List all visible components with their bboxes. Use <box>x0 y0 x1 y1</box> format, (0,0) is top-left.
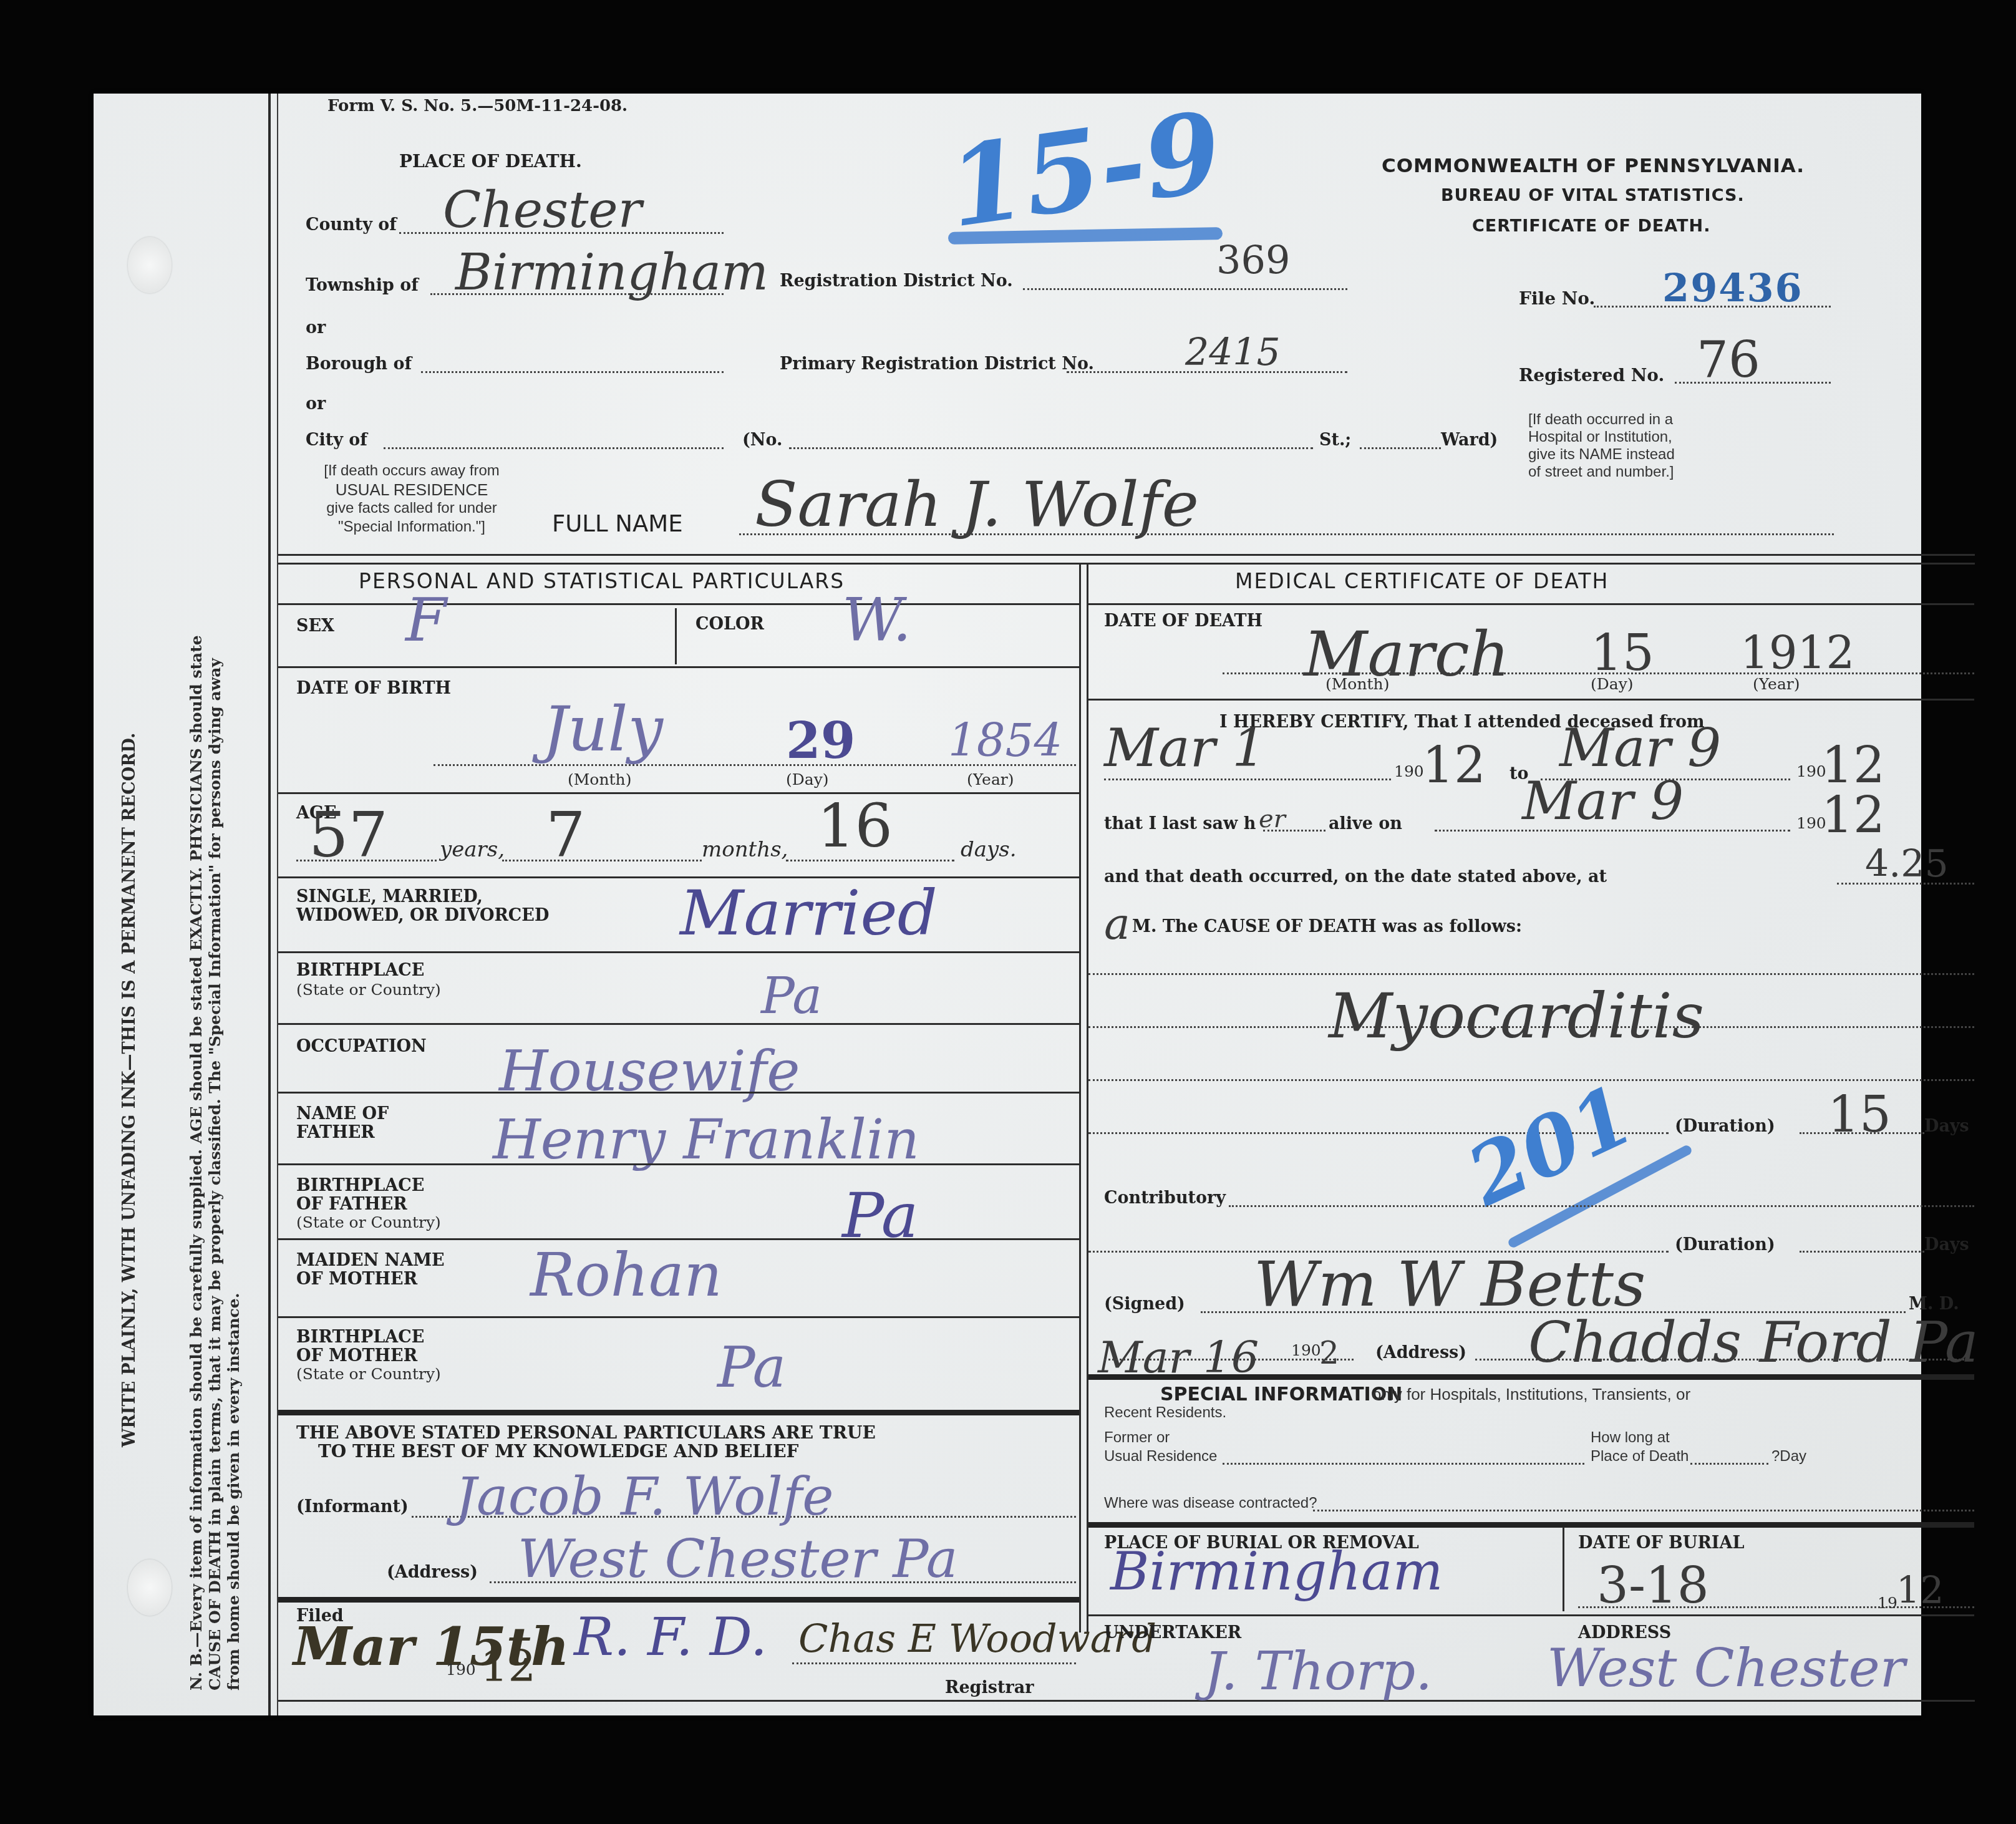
primary-registration-label: Primary Registration District No. <box>780 354 1094 374</box>
registration-district-line <box>1023 288 1347 290</box>
marital-label-1: SINGLE, MARRIED, <box>296 887 483 906</box>
section-divider <box>1088 1374 1974 1380</box>
attended-from-year[interactable]: 12 <box>1422 736 1486 794</box>
former-residence-line <box>1223 1463 1584 1465</box>
father-birthplace-label-2: OF FATHER <box>296 1195 407 1214</box>
am-pm-value[interactable]: a <box>1104 898 1130 949</box>
contributory-line <box>1229 1205 1974 1207</box>
dob-month-value[interactable]: July <box>543 692 663 765</box>
signed-label: (Signed) <box>1104 1294 1185 1314</box>
last-saw-label: that I last saw h <box>1104 814 1256 833</box>
section-divider <box>278 563 1975 565</box>
attended-from-year-prefix: 190 <box>1394 762 1424 780</box>
hospital-note-1: [If death occurred in a <box>1528 410 1673 429</box>
alive-on-label: alive on <box>1329 814 1402 833</box>
row-divider <box>1088 603 1974 605</box>
duration-value[interactable]: 15 <box>1828 1085 1891 1143</box>
age-days-value[interactable]: 16 <box>817 792 893 861</box>
medical-heading: MEDICAL CERTIFICATE OF DEATH <box>1235 569 1609 593</box>
row-divider <box>278 1238 1079 1240</box>
cause-code-stamp: 201 <box>1453 1067 1647 1225</box>
dob-day-caption: (Day) <box>786 770 829 788</box>
margin-nb-line3: from home should be given in every insta… <box>225 1293 243 1691</box>
mother-maiden-name-value[interactable]: Rohan <box>530 1241 722 1310</box>
mother-birthplace-value[interactable]: Pa <box>717 1335 786 1400</box>
residence-note-4: "Special Information."] <box>306 518 518 536</box>
row-divider <box>278 951 1079 953</box>
age-months-line <box>502 860 702 861</box>
residence-note-2: USUAL RESIDENCE <box>306 480 518 499</box>
signed-year-suffix[interactable]: 2 <box>1319 1335 1339 1371</box>
age-years-value[interactable]: 57 <box>309 798 388 871</box>
burial-year-prefix: 19 <box>1878 1594 1897 1612</box>
death-certificate: WRITE PLAINLY, WITH UNFADING INK—THIS IS… <box>94 94 1921 1715</box>
street-no-label: (No. <box>742 430 782 450</box>
marital-value[interactable]: Married <box>680 876 938 949</box>
punch-hole <box>128 237 172 293</box>
hospital-note-4: of street and number.] <box>1528 463 1674 482</box>
dod-day-caption: (Day) <box>1591 675 1634 693</box>
dob-year-caption: (Year) <box>967 770 1014 788</box>
row-divider <box>278 1092 1079 1094</box>
informant-rfd-value[interactable]: R. F. D. <box>574 1606 767 1668</box>
special-info-text-2: Recent Residents. <box>1104 1404 1226 1422</box>
father-label-2: FATHER <box>296 1123 375 1142</box>
row-divider <box>1088 699 1974 701</box>
burial-divider <box>1563 1527 1564 1611</box>
informant-address-label: (Address) <box>387 1563 478 1582</box>
father-birthplace-caption: (State or Country) <box>296 1213 441 1231</box>
file-no-label: File No. <box>1519 288 1595 309</box>
or-label: or <box>306 394 326 414</box>
row-divider <box>278 792 1079 794</box>
township-value[interactable]: Birmingham <box>455 243 768 301</box>
ward-line <box>1360 447 1441 449</box>
sex-color-divider <box>675 608 677 664</box>
last-saw-year[interactable]: 12 <box>1821 786 1885 844</box>
occupation-label: OCCUPATION <box>296 1037 427 1056</box>
former-residence-label-1: Former or <box>1104 1429 1170 1447</box>
years-caption: years, <box>440 837 505 862</box>
sex-label: SEX <box>296 616 334 636</box>
file-no-value: 29436 <box>1662 265 1803 311</box>
cause-line-1 <box>1088 973 1974 975</box>
months-caption: months, <box>702 837 788 862</box>
registration-district-value[interactable]: 369 <box>1216 237 1290 283</box>
registered-no-label: Registered No. <box>1519 365 1664 386</box>
margin-nb-line2: CAUSE OF DEATH in plain terms, that it m… <box>206 658 224 1691</box>
burial-place-value[interactable]: Birmingham <box>1110 1541 1443 1603</box>
row-divider <box>278 666 1079 668</box>
undertaker-label: UNDERTAKER <box>1104 1623 1241 1642</box>
county-value[interactable]: Chester <box>443 181 642 239</box>
signed-year-prefix: 190 <box>1291 1341 1321 1359</box>
margin-rule <box>268 94 271 1715</box>
margin-rule <box>277 94 278 1715</box>
row-divider <box>278 1023 1079 1025</box>
physician-address-value[interactable]: Chadds Ford Pa <box>1528 1310 1979 1375</box>
hospital-note-2: Hospital or Institution, <box>1528 428 1672 447</box>
duration-label: (Duration) <box>1675 1117 1775 1136</box>
row-divider <box>1088 1614 1974 1616</box>
full-name-value[interactable]: Sarah J. Wolfe <box>755 468 1199 541</box>
how-long-label-1: How long at <box>1591 1429 1670 1447</box>
borough-label: Borough of <box>306 354 412 374</box>
where-contracted-line <box>1313 1510 1974 1511</box>
special-info-heading: SPECIAL INFORMATION <box>1160 1384 1402 1405</box>
father-name-value[interactable]: Henry Franklin <box>493 1107 919 1172</box>
age-months-value[interactable]: 7 <box>546 798 586 871</box>
row-divider <box>278 876 1079 878</box>
burial-date-value[interactable]: 3-18 <box>1597 1556 1709 1614</box>
sex-value[interactable]: F <box>405 586 447 655</box>
filed-year-prefix: 190 <box>446 1661 476 1679</box>
ward-label: Ward) <box>1441 430 1498 450</box>
mother-birthplace-caption: (State or Country) <box>296 1365 441 1383</box>
row-divider <box>278 603 1079 605</box>
column-divider <box>1087 563 1088 1632</box>
dob-year-value[interactable]: 1854 <box>948 714 1062 767</box>
death-occurred-text: and that death occurred, on the date sta… <box>1104 867 1607 886</box>
occupation-value[interactable]: Housewife <box>499 1039 800 1104</box>
borough-line <box>421 371 724 373</box>
birthplace-caption: (State or Country) <box>296 981 441 999</box>
undertaker-address-value[interactable]: West Chester <box>1547 1637 1905 1699</box>
section-divider <box>1088 1522 1974 1528</box>
primary-registration-value[interactable]: 2415 <box>1185 331 1281 374</box>
informant-address-value[interactable]: West Chester Pa <box>518 1528 957 1590</box>
informant-label: (Informant) <box>296 1497 409 1516</box>
date-of-birth-label: DATE OF BIRTH <box>296 679 451 698</box>
header-commonwealth: COMMONWEALTH OF PENNSYLVANIA. <box>1382 155 1805 177</box>
dob-month-caption: (Month) <box>568 770 631 788</box>
city-label: City of <box>306 430 367 450</box>
mother-label-2: OF MOTHER <box>296 1269 417 1289</box>
registrar-signature[interactable]: Chas E Woodward <box>798 1616 1156 1661</box>
dod-year-value[interactable]: 1912 <box>1740 627 1854 679</box>
former-residence-label-2: Usual Residence <box>1104 1447 1217 1466</box>
where-contracted-label: Where was disease contracted? <box>1104 1494 1317 1513</box>
attestation-line-2: TO THE BEST OF MY KNOWLEDGE AND BELIEF <box>318 1441 798 1462</box>
registrar-line <box>792 1662 1076 1664</box>
filed-year-suffix[interactable]: 12 <box>480 1641 536 1692</box>
attended-from-line <box>1104 779 1391 780</box>
section-divider <box>278 1410 1079 1415</box>
how-long-unit: ?Day <box>1771 1447 1806 1466</box>
how-long-label-2: Place of Death <box>1591 1447 1689 1466</box>
duration-label-2: (Duration) <box>1675 1235 1775 1254</box>
margin-nb-line1: N. B.—Every item of information should b… <box>187 635 205 1691</box>
duration-days-label: Days <box>1924 1117 1969 1136</box>
father-birthplace-value[interactable]: Pa <box>842 1179 918 1252</box>
registered-no-value[interactable]: 76 <box>1697 331 1760 389</box>
street-label: St.; <box>1319 430 1351 450</box>
section-divider <box>278 1597 1079 1603</box>
dod-day-value[interactable]: 15 <box>1591 624 1654 682</box>
attestation-line-1: THE ABOVE STATED PERSONAL PARTICULARS AR… <box>296 1422 876 1443</box>
dob-day-value[interactable]: 29 <box>786 711 855 770</box>
birthplace-value[interactable]: Pa <box>761 967 822 1025</box>
marital-label-2: WIDOWED, OR DIVORCED <box>296 906 549 925</box>
dod-month-caption: (Month) <box>1325 675 1389 693</box>
residence-note-1: [If death occurs away from <box>306 462 518 480</box>
street-line <box>789 447 1313 449</box>
township-label: Township of <box>306 276 419 295</box>
mother-birthplace-label-1: BIRTHPLACE <box>296 1327 424 1347</box>
informant-value[interactable]: Jacob F. Wolfe <box>455 1466 833 1528</box>
pronoun-line <box>1263 830 1325 832</box>
days-caption: days. <box>961 837 1017 862</box>
column-divider <box>1079 563 1081 1632</box>
burial-year-suffix[interactable]: 12 <box>1896 1569 1944 1613</box>
father-birthplace-label-1: BIRTHPLACE <box>296 1176 424 1195</box>
punch-hole <box>128 1560 172 1616</box>
bottom-rule <box>278 1700 1975 1702</box>
undertaker-value[interactable]: J. Thorp. <box>1204 1641 1432 1702</box>
row-divider <box>278 1316 1079 1318</box>
color-label: COLOR <box>695 614 764 634</box>
cause-line-3 <box>1088 1079 1974 1081</box>
form-number: Form V. S. No. 5.—50M-11-24-08. <box>327 97 628 115</box>
registration-district-label: Registration District No. <box>780 271 1013 291</box>
contributory-label: Contributory <box>1104 1188 1226 1208</box>
mother-label-1: MAIDEN NAME <box>296 1251 445 1270</box>
mother-birthplace-label-2: OF MOTHER <box>296 1346 417 1366</box>
special-info-text: only for Hospitals, Institutions, Transi… <box>1372 1385 1690 1404</box>
header-bureau: BUREAU OF VITAL STATISTICS. <box>1441 186 1745 205</box>
father-label-1: NAME OF <box>296 1104 389 1123</box>
dod-year-caption: (Year) <box>1753 675 1800 693</box>
duration-days-label-2: Days <box>1924 1235 1969 1254</box>
color-value[interactable]: W. <box>842 586 911 655</box>
margin-instructions: WRITE PLAINLY, WITH UNFADING INK—THIS IS… <box>94 94 268 1715</box>
row-divider <box>278 1163 1079 1165</box>
attended-from-value[interactable]: Mar 1 <box>1104 717 1266 779</box>
birthplace-label: BIRTHPLACE <box>296 961 424 980</box>
cause-of-death-value[interactable]: Myocarditis <box>1329 979 1704 1052</box>
residence-note-3: give facts called for under <box>306 499 518 518</box>
section-divider <box>278 554 1975 556</box>
full-name-label: FULL NAME <box>552 510 683 537</box>
city-line <box>384 447 724 449</box>
duration-line-2 <box>1800 1251 1924 1253</box>
or-label: or <box>306 318 326 337</box>
time-of-death-value[interactable]: 4.25 <box>1865 842 1949 886</box>
margin-warning-text: WRITE PLAINLY, WITH UNFADING INK—THIS IS… <box>120 733 139 1447</box>
how-long-line <box>1690 1463 1768 1465</box>
burial-date-label: DATE OF BURIAL <box>1578 1533 1744 1553</box>
registrar-label: Registrar <box>945 1678 1034 1697</box>
hospital-note-3: give its NAME instead <box>1528 445 1675 464</box>
cause-of-death-text: M. The CAUSE OF DEATH was as follows: <box>1132 917 1522 936</box>
date-of-death-label: DATE OF DEATH <box>1104 611 1262 631</box>
county-label: County of <box>306 215 397 235</box>
last-saw-date-value[interactable]: Mar 9 <box>1522 770 1684 832</box>
header-certificate: CERTIFICATE OF DEATH. <box>1472 216 1710 236</box>
physician-address-label: (Address) <box>1375 1343 1466 1362</box>
place-of-death-heading: PLACE OF DEATH. <box>399 151 582 172</box>
